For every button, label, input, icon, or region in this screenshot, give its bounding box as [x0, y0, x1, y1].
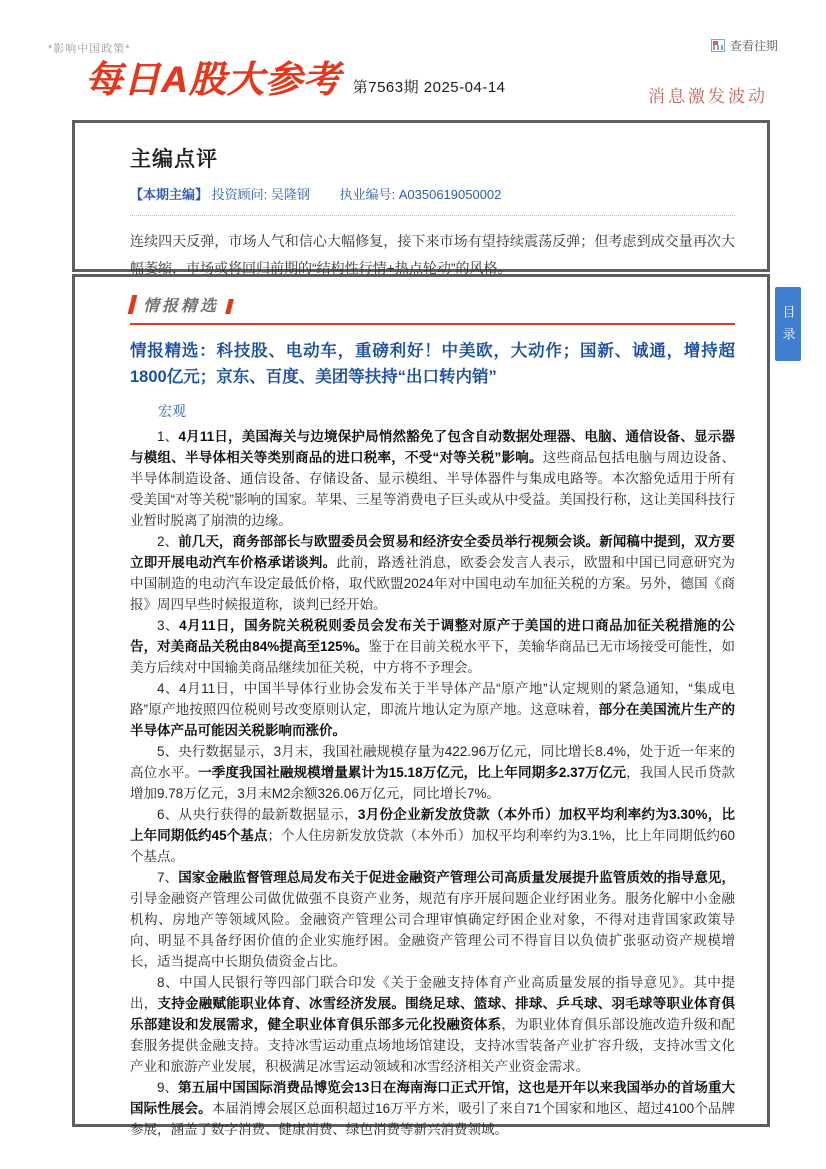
- news-paragraph: 5、央行数据显示，3月末，我国社融规模存量为422.96万亿元，同比增长8.4%…: [130, 741, 735, 804]
- policy-note: *影响中国政策*: [48, 40, 131, 56]
- news-paragraph: 2、前几天，商务部部长与欧盟委员会贸易和经济安全委员举行视频会谈。新闻稿中提到，…: [130, 531, 735, 615]
- editor-box-title: 主编点评: [130, 143, 735, 173]
- toc-tab-label: 目录: [779, 299, 798, 349]
- news-paragraph: 1、4月11日，美国海关与边境保护局悄然豁免了包含自动数据处理器、电脑、通信设备…: [130, 426, 735, 531]
- intel-headline: 情报精选：科技股、电动车，重磅利好！中美欧，大动作；国新、诚通，增持超1800亿…: [130, 338, 735, 390]
- view-past-label: 查看往期: [730, 37, 778, 54]
- red-underline: [130, 323, 735, 325]
- news-paragraph: 4、4月11日，中国半导体行业协会发布关于半导体产品“原产地”认定规则的紧急通知…: [130, 678, 735, 741]
- dotted-divider: [130, 215, 735, 216]
- news-paragraph: 6、从央行获得的最新数据显示，3月份企业新发放贷款（本外币）加权平均利率约为3.…: [130, 804, 735, 867]
- slogan: 消息激发波动: [648, 82, 768, 107]
- calendar-icon: [711, 39, 725, 52]
- toc-side-tab[interactable]: 目录: [775, 287, 801, 361]
- intel-section-header: 情报精选: [130, 293, 735, 316]
- news-paragraph: 8、中国人民银行等四部门联合印发《关于金融支持体育产业高质量发展的指导意见》。其…: [130, 972, 735, 1077]
- issue-date: 2025-04-14: [424, 79, 506, 96]
- masthead: 每日A股大参考 第7563期 2025-04-14: [85, 60, 506, 101]
- red-flag-icon: [128, 295, 138, 314]
- advisor-name: 投资顾问: 吴隆钢: [212, 187, 310, 202]
- news-paragraph: 3、4月11日，国务院关税税则委员会发布关于调整对原产于美国的进口商品加征关税措…: [130, 615, 735, 678]
- issue-and-date: 第7563期 2025-04-14: [353, 76, 506, 101]
- editor-meta-line: 【本期主编】 投资顾问: 吴隆钢 执业编号: A0350619050002: [130, 184, 735, 203]
- license-number: 执业编号: A0350619050002: [340, 187, 502, 202]
- publication-logo: 每日A股大参考: [85, 60, 341, 101]
- category-label-macro: 宏观: [130, 401, 735, 421]
- editor-label: 【本期主编】: [130, 187, 208, 202]
- page: *影响中国政策* 查看往期 每日A股大参考 第7563期 2025-04-14 …: [0, 0, 826, 1169]
- news-paragraph: 9、第五届中国国际消费品博览会13日在海南海口正式开馆，这也是开年以来我国举办的…: [130, 1077, 735, 1140]
- red-flag-icon: [225, 299, 234, 314]
- intel-section-title: 情报精选: [139, 293, 223, 316]
- issue-number: 第7563期: [353, 79, 419, 96]
- view-past-issues-button[interactable]: 查看往期: [711, 37, 778, 54]
- intel-paragraphs: 1、4月11日，美国海关与边境保护局悄然豁免了包含自动数据处理器、电脑、通信设备…: [130, 426, 735, 1140]
- editor-comment-box: 主编点评 【本期主编】 投资顾问: 吴隆钢 执业编号: A03506190500…: [72, 120, 770, 272]
- news-paragraph: 7、国家金融监督管理总局发布关于促进金融资产管理公司高质量发展提升监管质效的指导…: [130, 867, 735, 972]
- intel-selection-box: 情报精选 情报精选：科技股、电动车，重磅利好！中美欧，大动作；国新、诚通，增持超…: [72, 274, 770, 1127]
